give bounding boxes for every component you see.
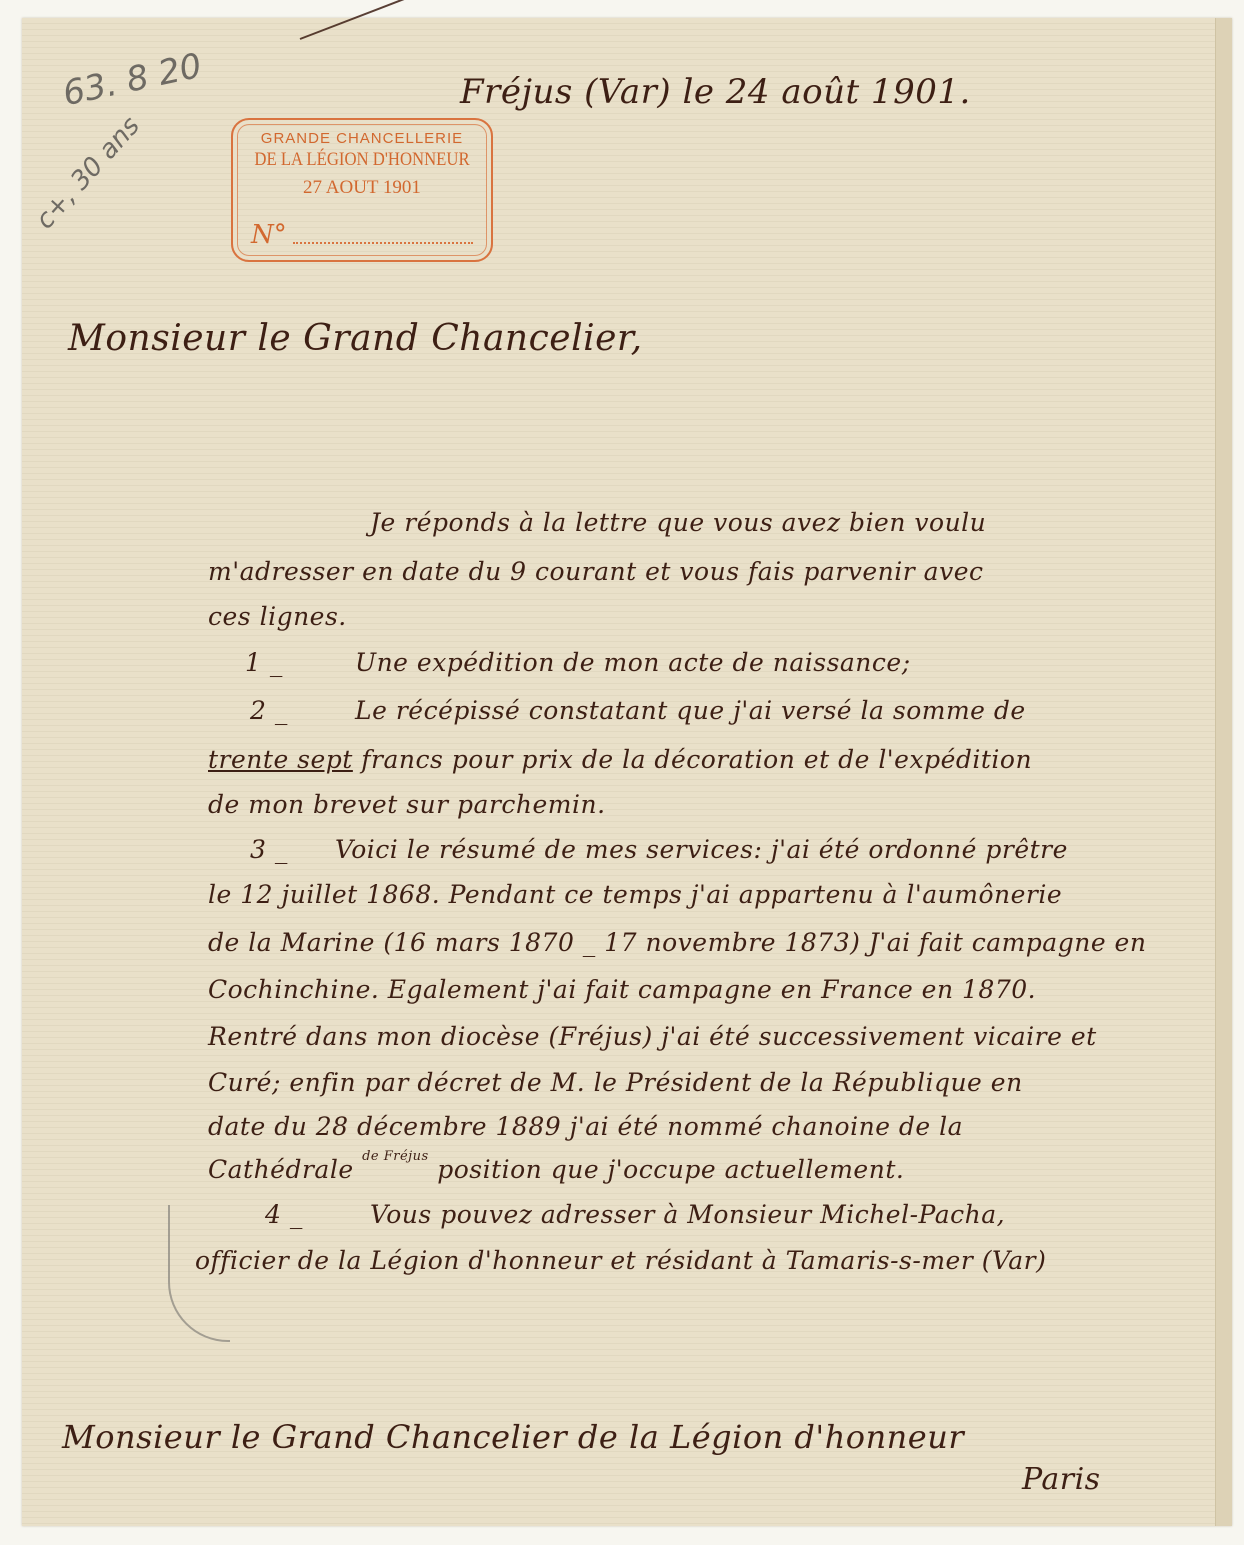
amount-underlined: trente sept: [208, 745, 353, 774]
recipient-address: Monsieur le Grand Chancelier de la Légio…: [62, 1418, 964, 1456]
salutation: Monsieur le Grand Chancelier,: [68, 318, 643, 359]
item-number: 1 _: [245, 648, 283, 677]
body-line-cont: position que j'occupe actuellement.: [437, 1155, 904, 1184]
item-number: 3 _: [250, 835, 288, 864]
body-line: officier de la Légion d'honneur et résid…: [195, 1246, 1046, 1275]
place-date: Fréjus (Var) le 24 août 1901.: [460, 72, 971, 112]
item-number: 4 _: [265, 1200, 303, 1229]
body-line: Curé; enfin par décret de M. le Présiden…: [208, 1068, 1023, 1097]
stamp-date: 27 AOUT 1901: [233, 177, 491, 199]
item-number: 2 _: [250, 696, 288, 725]
stamp-number-line: [293, 242, 473, 244]
body-line: de la Marine (16 mars 1870 _ 17 novembre…: [208, 928, 1146, 957]
body-line: Cochinchine. Egalement j'ai fait campagn…: [208, 975, 1036, 1004]
body-line: Rentré dans mon diocèse (Fréjus) j'ai ét…: [208, 1022, 1097, 1051]
body-line: trente sept francs pour prix de la décor…: [208, 745, 1032, 774]
cathedral-word: Cathédrale: [208, 1155, 354, 1184]
body-line: Une expédition de mon acte de naissance;: [355, 648, 911, 677]
body-line: date du 28 décembre 1889 j'ai été nommé …: [208, 1112, 963, 1141]
body-line: de mon brevet sur parchemin.: [208, 790, 606, 819]
body-line: m'adresser en date du 9 courant et vous …: [208, 557, 984, 586]
body-line: Je réponds à la lettre que vous avez bie…: [370, 508, 986, 537]
stamp-line-2: DE LA LÉGION D'HONNEUR: [248, 149, 475, 171]
recipient-city: Paris: [1022, 1462, 1101, 1497]
stamp-line-1: GRANDE CHANCELLERIE: [233, 130, 491, 147]
body-line: Cathédrale de Fréjus position que j'occu…: [208, 1155, 904, 1184]
paper-edge: [1215, 18, 1232, 1526]
body-line: ces lignes.: [208, 602, 347, 631]
stamp-number-label: N°: [251, 220, 287, 250]
interlinear-insertion: de Fréjus: [362, 1149, 429, 1164]
body-line: Vous pouvez adresser à Monsieur Michel-P…: [370, 1200, 1005, 1229]
chancellery-stamp: GRANDE CHANCELLERIE DE LA LÉGION D'HONNE…: [231, 118, 493, 262]
body-line: Voici le résumé de mes services: j'ai ét…: [335, 835, 1068, 864]
body-line: le 12 juillet 1868. Pendant ce temps j'a…: [208, 880, 1062, 909]
body-line: Le récépissé constatant que j'ai versé l…: [355, 696, 1026, 725]
body-line-cont: francs pour prix de la décoration et de …: [353, 745, 1032, 774]
